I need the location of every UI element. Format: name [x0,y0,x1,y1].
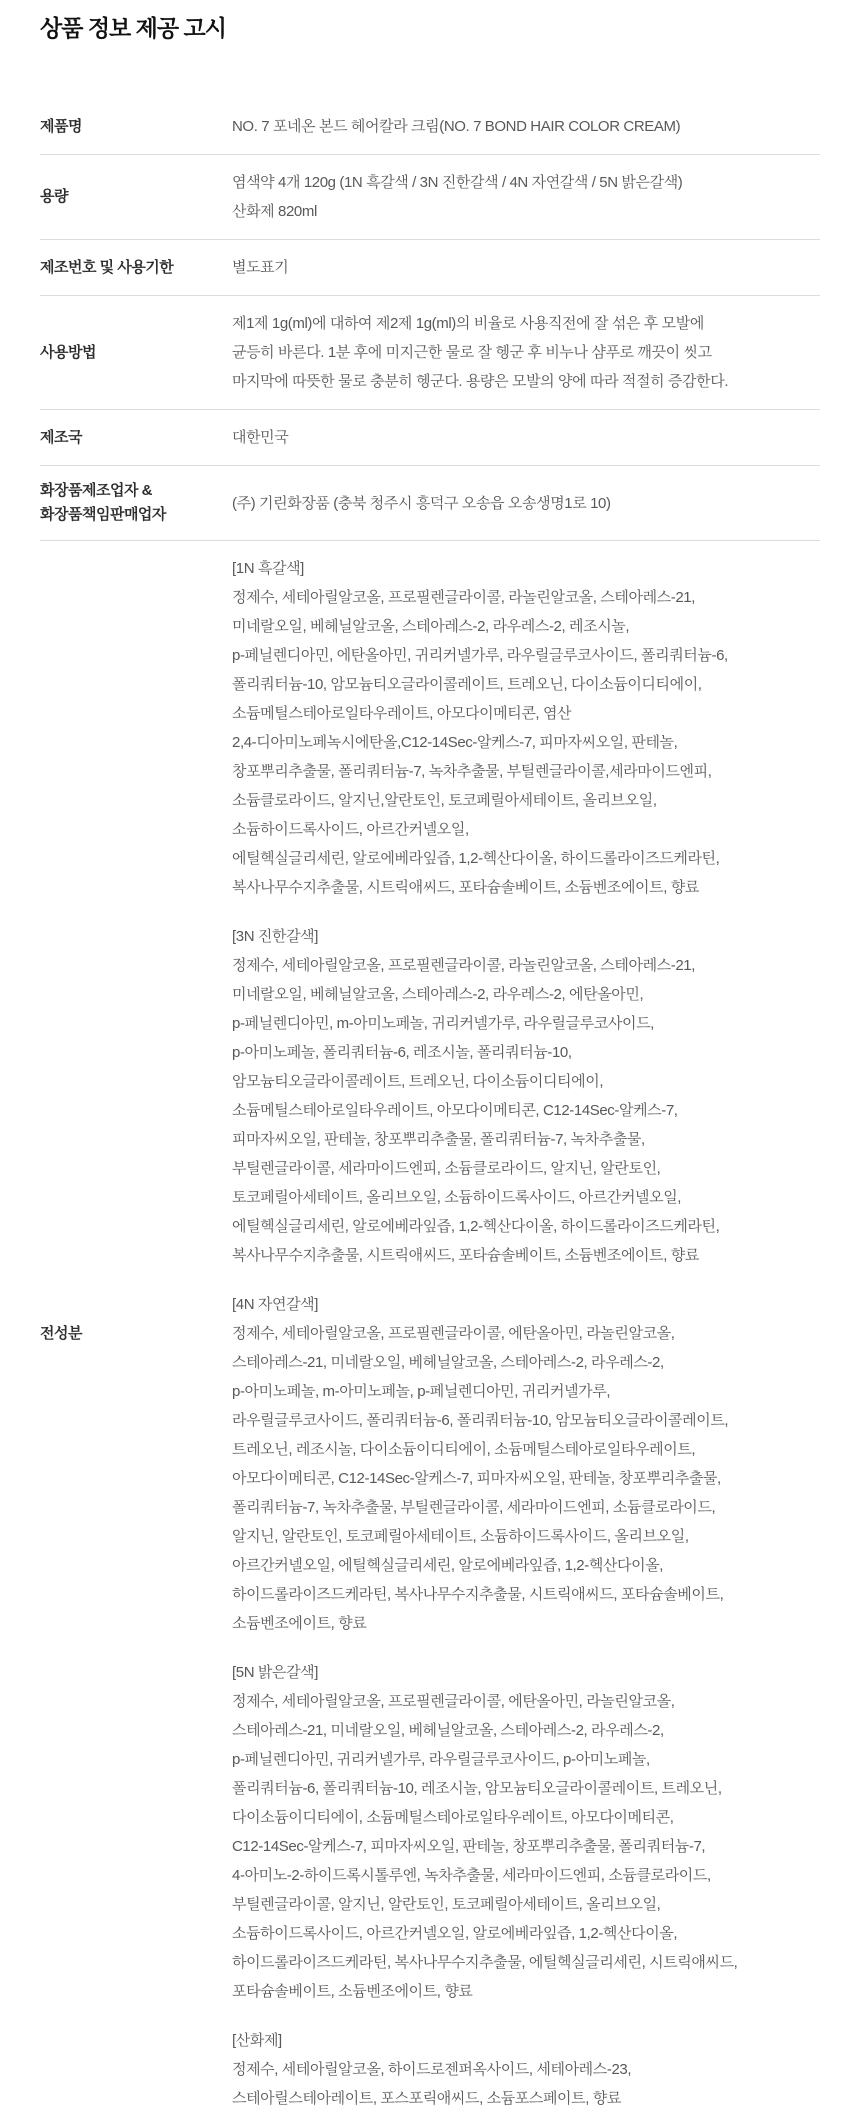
text-line: 트레오닌, 레조시놀, 다이소듐이디티에이, 소듐메틸스테아로일타우레이트, [232,1435,820,1464]
text-line: p-페닐렌디아민, m-아미노페놀, 귀리커넬가루, 라우릴글루코사이드, [232,1009,820,1038]
ingredient-section: [4N 자연갈색]정제수, 세테아릴알코올, 프로필렌글라이콜, 에탄올아민, … [232,1290,820,1638]
text-line: 정제수, 세테아릴알코올, 프로필렌글라이콜, 에탄올아민, 라놀린알코올, [232,1319,820,1348]
text-line: 창포뿌리추출물, 폴리쿼터늄-7, 녹차추출물, 부틸렌글라이콜,세라마이드엔피… [232,757,820,786]
text-line: 하이드롤라이즈드케라틴, 복사나무수지추출물, 에틸헥실글리세린, 시트릭애씨드… [232,1948,820,1977]
text-line: 정제수, 세테아릴알코올, 프로필렌글라이콜, 에탄올아민, 라놀린알코올, [232,1687,820,1716]
text-line: p-페닐렌디아민, 귀리커넬가루, 라우릴글루코사이드, p-아미노페놀, [232,1745,820,1774]
text-line: 포타슘솔베이트, 소듐벤조에이트, 향료 [232,1977,820,2006]
text-line: 스테아레스-21, 미네랄오일, 베헤닐알코올, 스테아레스-2, 라우레스-2… [232,1348,820,1377]
text-line: NO. 7 포네온 본드 헤어칼라 크림(NO. 7 BOND HAIR COL… [232,112,820,141]
table-row: 화장품제조업자 & 화장품책임판매업자(주) 기린화장품 (충북 청주시 흥덕구… [40,465,820,540]
text-line: 복사나무수지추출물, 시트릭애씨드, 포타슘솔베이트, 소듐벤조에이트, 향료 [232,873,820,902]
row-label: 사용방법 [40,341,232,365]
text-line: 소듐하이드록사이드, 아르간커넬오일, 알로에베라잎즙, 1,2-헥산다이올, [232,1919,820,1948]
text-line: 하이드롤라이즈드케라틴, 복사나무수지추출물, 시트릭애씨드, 포타슘솔베이트, [232,1580,820,1609]
text-line: 폴리쿼터늄-7, 녹차추출물, 부틸렌글라이콜, 세라마이드엔피, 소듐클로라이… [232,1493,820,1522]
text-line: 아모다이메티콘, C12-14Sec-알케스-7, 피마자씨오일, 판테놀, 창… [232,1464,820,1493]
text-line: p-아미노페놀, 폴리쿼터늄-6, 레조시놀, 폴리쿼터늄-10, [232,1038,820,1067]
text-line: 소듐메틸스테아로일타우레이트, 아모다이메티콘, 염산 [232,699,820,728]
row-label: 제조번호 및 사용기한 [40,256,232,280]
text-line: 균등히 바른다. 1분 후에 미지근한 물로 잘 헹군 후 비누나 샴푸로 깨끗… [232,338,820,367]
row-content: 대한민국 [232,423,820,452]
row-content: NO. 7 포네온 본드 헤어칼라 크림(NO. 7 BOND HAIR COL… [232,112,820,141]
product-info-page: 상품 정보 제공 고시 제품명NO. 7 포네온 본드 헤어칼라 크림(NO. … [0,0,860,2126]
row-content: [1N 흑갈색]정제수, 세테아릴알코올, 프로필렌글라이콜, 라놀린알코올, … [232,554,820,2113]
text-line: p-페닐렌디아민, 에탄올아민, 귀리커넬가루, 라우릴글루코사이드, 폴리쿼터… [232,641,820,670]
text-line: 알지닌, 알란토인, 토코페릴아세테이트, 소듐하이드록사이드, 올리브오일, [232,1522,820,1551]
text-line: 마지막에 따뜻한 물로 충분히 헹군다. 용량은 모발의 양에 따라 적절히 증… [232,367,820,396]
row-content: (주) 기린화장품 (충북 청주시 흥덕구 오송읍 오송생명1로 10) [232,489,820,518]
section-heading: [산화제] [232,2026,820,2055]
text-line: 대한민국 [232,423,820,452]
text-line: 피마자씨오일, 판테놀, 창포뿌리추출물, 폴리쿼터늄-7, 녹차추출물, [232,1125,820,1154]
row-content: 염색약 4개 120g (1N 흑갈색 / 3N 진한갈색 / 4N 자연갈색 … [232,168,820,226]
ingredient-section: [5N 밝은갈색]정제수, 세테아릴알코올, 프로필렌글라이콜, 에탄올아민, … [232,1658,820,2006]
text-line: 폴리쿼터늄-6, 폴리쿼터늄-10, 레조시놀, 암모늄티오글라이콜레이트, 트… [232,1774,820,1803]
text-line: 스테아레스-21, 미네랄오일, 베헤닐알코올, 스테아레스-2, 라우레스-2… [232,1716,820,1745]
text-line: 부틸렌글라이콜, 알지닌, 알란토인, 토코페릴아세테이트, 올리브오일, [232,1890,820,1919]
row-label: 용량 [40,185,232,209]
text-line: 토코페릴아세테이트, 올리브오일, 소듐하이드록사이드, 아르간커넬오일, [232,1183,820,1212]
text-line: 제1제 1g(ml)에 대하여 제2제 1g(ml)의 비율로 사용직전에 잘 … [232,309,820,338]
text-line: 정제수, 세테아릴알코올, 하이드로젠퍼옥사이드, 세테아레스-23, [232,2055,820,2084]
text-line: 4-아미노-2-하이드록시톨루엔, 녹차추출물, 세라마이드엔피, 소듐클로라이… [232,1861,820,1890]
text-line: 미네랄오일, 베헤닐알코올, 스테아레스-2, 라우레스-2, 레조시놀, [232,612,820,641]
text-line: 복사나무수지추출물, 시트릭애씨드, 포타슘솔베이트, 소듐벤조에이트, 향료 [232,1241,820,1270]
text-line: C12-14Sec-알케스-7, 피마자씨오일, 판테놀, 창포뿌리추출물, 폴… [232,1832,820,1861]
table-row: 사용방법제1제 1g(ml)에 대하여 제2제 1g(ml)의 비율로 사용직전… [40,295,820,409]
section-heading: [1N 흑갈색] [232,554,820,583]
page-title: 상품 정보 제공 고시 [40,10,820,43]
text-line: (주) 기린화장품 (충북 청주시 흥덕구 오송읍 오송생명1로 10) [232,489,820,518]
text-line: 2,4-디아미노페녹시에탄올,C12-14Sec-알케스-7, 피마자씨오일, … [232,728,820,757]
row-label: 제품명 [40,115,232,139]
table-row: 제조국대한민국 [40,409,820,465]
row-label: 화장품제조업자 & 화장품책임판매업자 [40,479,232,527]
text-line: 소듐클로라이드, 알지닌,알란토인, 토코페릴아세테이트, 올리브오일, [232,786,820,815]
text-line: 소듐벤조에이트, 향료 [232,1609,820,1638]
table-row: 전성분[1N 흑갈색]정제수, 세테아릴알코올, 프로필렌글라이콜, 라놀린알코… [40,540,820,2126]
section-heading: [4N 자연갈색] [232,1290,820,1319]
text-line: 스테아릴스테아레이트, 포스포릭애씨드, 소듐포스페이트, 향료 [232,2084,820,2113]
section-heading: [3N 진한갈색] [232,922,820,951]
text-line: 암모늄티오글라이콜레이트, 트레오닌, 다이소듐이디티에이, [232,1067,820,1096]
text-line: 별도표기 [232,253,820,282]
table-row: 용량염색약 4개 120g (1N 흑갈색 / 3N 진한갈색 / 4N 자연갈… [40,154,820,239]
text-line: 소듐하이드록사이드, 아르간커넬오일, [232,815,820,844]
section-heading: [5N 밝은갈색] [232,1658,820,1687]
text-line: 폴리쿼터늄-10, 암모늄티오글라이콜레이트, 트레오닌, 다이소듐이디티에이, [232,670,820,699]
text-line: 라우릴글루코사이드, 폴리쿼터늄-6, 폴리쿼터늄-10, 암모늄티오글라이콜레… [232,1406,820,1435]
text-line: 소듐메틸스테아로일타우레이트, 아모다이메티콘, C12-14Sec-알케스-7… [232,1096,820,1125]
row-content: 제1제 1g(ml)에 대하여 제2제 1g(ml)의 비율로 사용직전에 잘 … [232,309,820,396]
text-line: 에틸헥실글리세린, 알로에베라잎즙, 1,2-헥산다이올, 하이드롤라이즈드케라… [232,844,820,873]
ingredient-section: [산화제]정제수, 세테아릴알코올, 하이드로젠퍼옥사이드, 세테아레스-23,… [232,2026,820,2113]
text-line: p-아미노페놀, m-아미노페놀, p-페닐렌디아민, 귀리커넬가루, [232,1377,820,1406]
text-line: 염색약 4개 120g (1N 흑갈색 / 3N 진한갈색 / 4N 자연갈색 … [232,168,820,197]
row-label: 제조국 [40,426,232,450]
text-line: 정제수, 세테아릴알코올, 프로필렌글라이콜, 라놀린알코올, 스테아레스-21… [232,951,820,980]
ingredient-section: [3N 진한갈색]정제수, 세테아릴알코올, 프로필렌글라이콜, 라놀린알코올,… [232,922,820,1270]
text-line: 산화제 820ml [232,197,820,226]
row-content: 별도표기 [232,253,820,282]
text-line: 에틸헥실글리세린, 알로에베라잎즙, 1,2-헥산다이올, 하이드롤라이즈드케라… [232,1212,820,1241]
table-row: 제조번호 및 사용기한별도표기 [40,239,820,295]
text-line: 다이소듐이디티에이, 소듐메틸스테아로일타우레이트, 아모다이메티콘, [232,1803,820,1832]
text-line: 정제수, 세테아릴알코올, 프로필렌글라이콜, 라놀린알코올, 스테아레스-21… [232,583,820,612]
text-line: 부틸렌글라이콜, 세라마이드엔피, 소듐클로라이드, 알지닌, 알란토인, [232,1154,820,1183]
info-table: 제품명NO. 7 포네온 본드 헤어칼라 크림(NO. 7 BOND HAIR … [40,99,820,2126]
row-label: 전성분 [40,1322,232,1346]
ingredient-section: [1N 흑갈색]정제수, 세테아릴알코올, 프로필렌글라이콜, 라놀린알코올, … [232,554,820,902]
text-line: 미네랄오일, 베헤닐알코올, 스테아레스-2, 라우레스-2, 에탄올아민, [232,980,820,1009]
text-line: 아르간커넬오일, 에틸헥실글리세린, 알로에베라잎즙, 1,2-헥산다이올, [232,1551,820,1580]
table-row: 제품명NO. 7 포네온 본드 헤어칼라 크림(NO. 7 BOND HAIR … [40,99,820,154]
